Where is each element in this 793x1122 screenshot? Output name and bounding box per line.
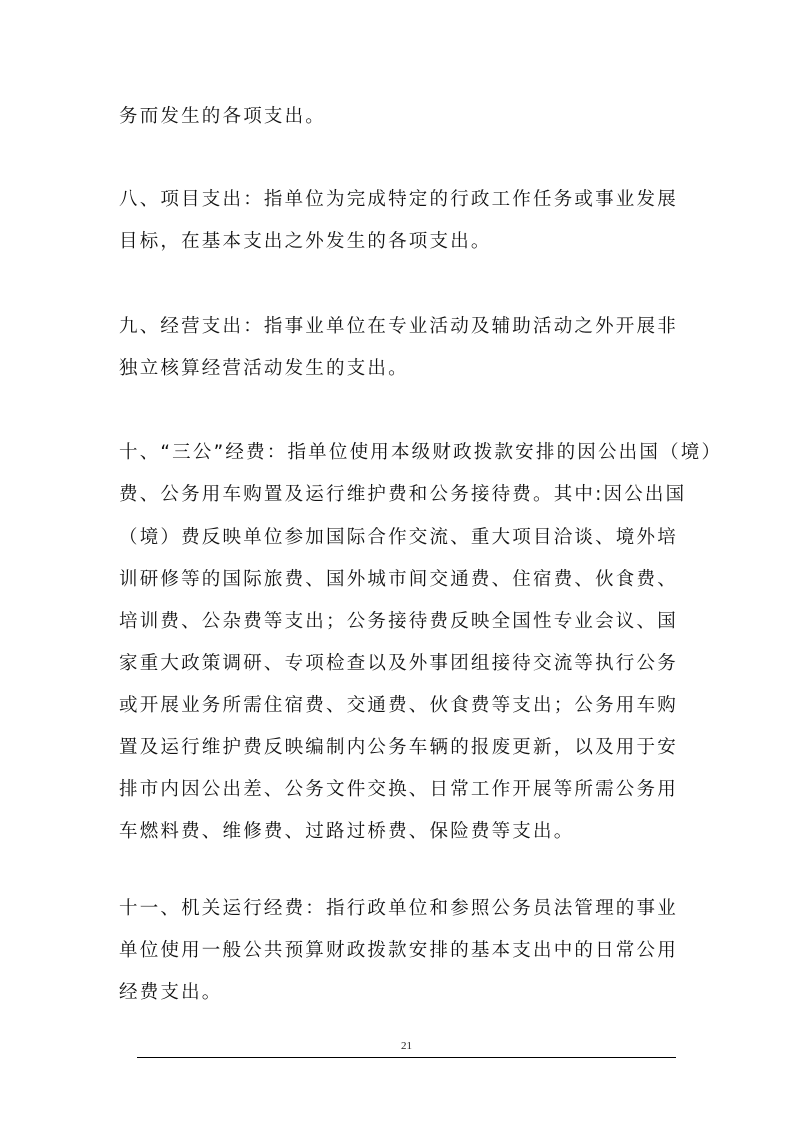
text-line: 八、项目支出：指单位为完成特定的行政工作任务或事业发展 xyxy=(119,187,678,213)
text-line: 务而发生的各项支出。 xyxy=(119,104,326,130)
text-line: （境）费反映单位参加国际合作交流、重大项目洽谈、境外培 xyxy=(119,525,678,551)
text-line: 家重大政策调研、专项检查以及外事团组接待交流等执行公务 xyxy=(119,651,678,677)
text-line: 训研修等的国际旅费、国外城市间交通费、住宿费、伙食费、 xyxy=(119,567,678,593)
text-line: 排市内因公出差、公务文件交换、日常工作开展等所需公务用 xyxy=(119,777,678,803)
text-line: 培训费、公杂费等支出；公务接待费反映全国性专业会议、国 xyxy=(119,609,678,635)
text-line: 车燃料费、维修费、过路过桥费、保险费等支出。 xyxy=(119,819,574,845)
text-line: 单位使用一般公共预算财政拨款安排的基本支出中的日常公用 xyxy=(119,938,678,964)
page-number: 21 xyxy=(0,1040,793,1052)
text-line: 或开展业务所需住宿费、交通费、伙食费等支出；公务用车购 xyxy=(119,693,678,719)
text-line: 十一、机关运行经费：指行政单位和参照公务员法管理的事业 xyxy=(119,896,678,922)
text-line: 十、“三公”经费：指单位使用本级财政拨款安排的因公出国（境） xyxy=(119,440,722,466)
footer-divider xyxy=(137,1057,676,1058)
text-line: 九、经营支出：指事业单位在专业活动及辅助活动之外开展非 xyxy=(119,314,678,340)
text-line: 经费支出。 xyxy=(119,980,223,1006)
text-line: 置及运行维护费反映编制内公务车辆的报废更新，以及用于安 xyxy=(119,735,678,761)
document-page: 务而发生的各项支出。 八、项目支出：指单位为完成特定的行政工作任务或事业发展 目… xyxy=(0,0,793,1122)
text-line: 独立核算经营活动发生的支出。 xyxy=(119,356,409,382)
text-line: 费、公务用车购置及运行维护费和公务接待费。其中:因公出国 xyxy=(119,482,686,508)
text-line: 目标，在基本支出之外发生的各项支出。 xyxy=(119,229,492,255)
